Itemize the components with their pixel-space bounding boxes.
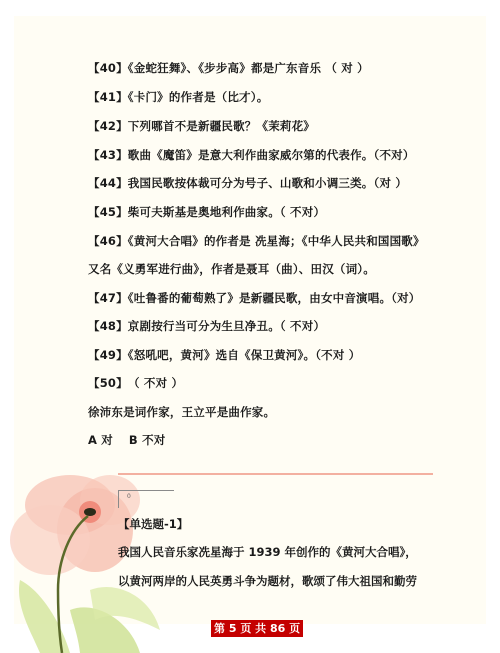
question-42: 【42】下列哪首不是新疆民歌？《茉莉花》 xyxy=(88,118,315,134)
question-49: 【49】《怒吼吧，黄河》选自《保卫黄河》。（不对 ） xyxy=(88,347,360,363)
question-40: 【40】《金蛇狂舞》、《步步高》都是广东音乐 （ 对 ） xyxy=(88,60,369,76)
section-divider xyxy=(118,473,433,475)
question-body-line-2: 以黄河两岸的人民英勇斗争为题材，歌颂了伟大祖国和勤劳 xyxy=(118,573,417,589)
question-47: 【47】《吐鲁番的葡萄熟了》是新疆民歌，由女中音演唱。（对） xyxy=(88,290,421,306)
question-46-continued: 又名《义勇军进行曲》，作者是聂耳（曲）、田汉（词）。 xyxy=(88,261,375,277)
question-46: 【46】《黄河大合唱》的作者是 冼星海；《中华人民共和国国歌》 xyxy=(88,233,425,249)
page-indicator: 第 5 页 共 86 页 xyxy=(211,620,303,637)
question-41: 【41】《卡门》的作者是（比才）。 xyxy=(88,89,268,105)
question-50-options: A 对 B 不对 xyxy=(88,432,165,448)
question-45: 【45】柴可夫斯基是奥地利作曲家。（ 不对） xyxy=(88,204,325,220)
question-50-statement: 徐沛东是词作家，王立平是曲作家。 xyxy=(88,404,275,420)
question-50: 【50】 （ 不对 ） xyxy=(88,375,183,391)
question-44: 【44】我国民歌按体裁可分为号子、山歌和小调三类。（对 ） xyxy=(88,175,407,191)
section-title: 【单选题-1】 xyxy=(118,516,188,532)
small-input-box: 0 xyxy=(118,490,174,508)
question-48: 【48】京剧按行当可分为生旦净丑。（ 不对） xyxy=(88,318,325,334)
question-43: 【43】歌曲《魔笛》是意大利作曲家威尔第的代表作。（不对） xyxy=(88,147,415,163)
question-body-line-1: 我国人民音乐家冼星海于 1939 年创作的《黄河大合唱》， xyxy=(118,544,417,560)
